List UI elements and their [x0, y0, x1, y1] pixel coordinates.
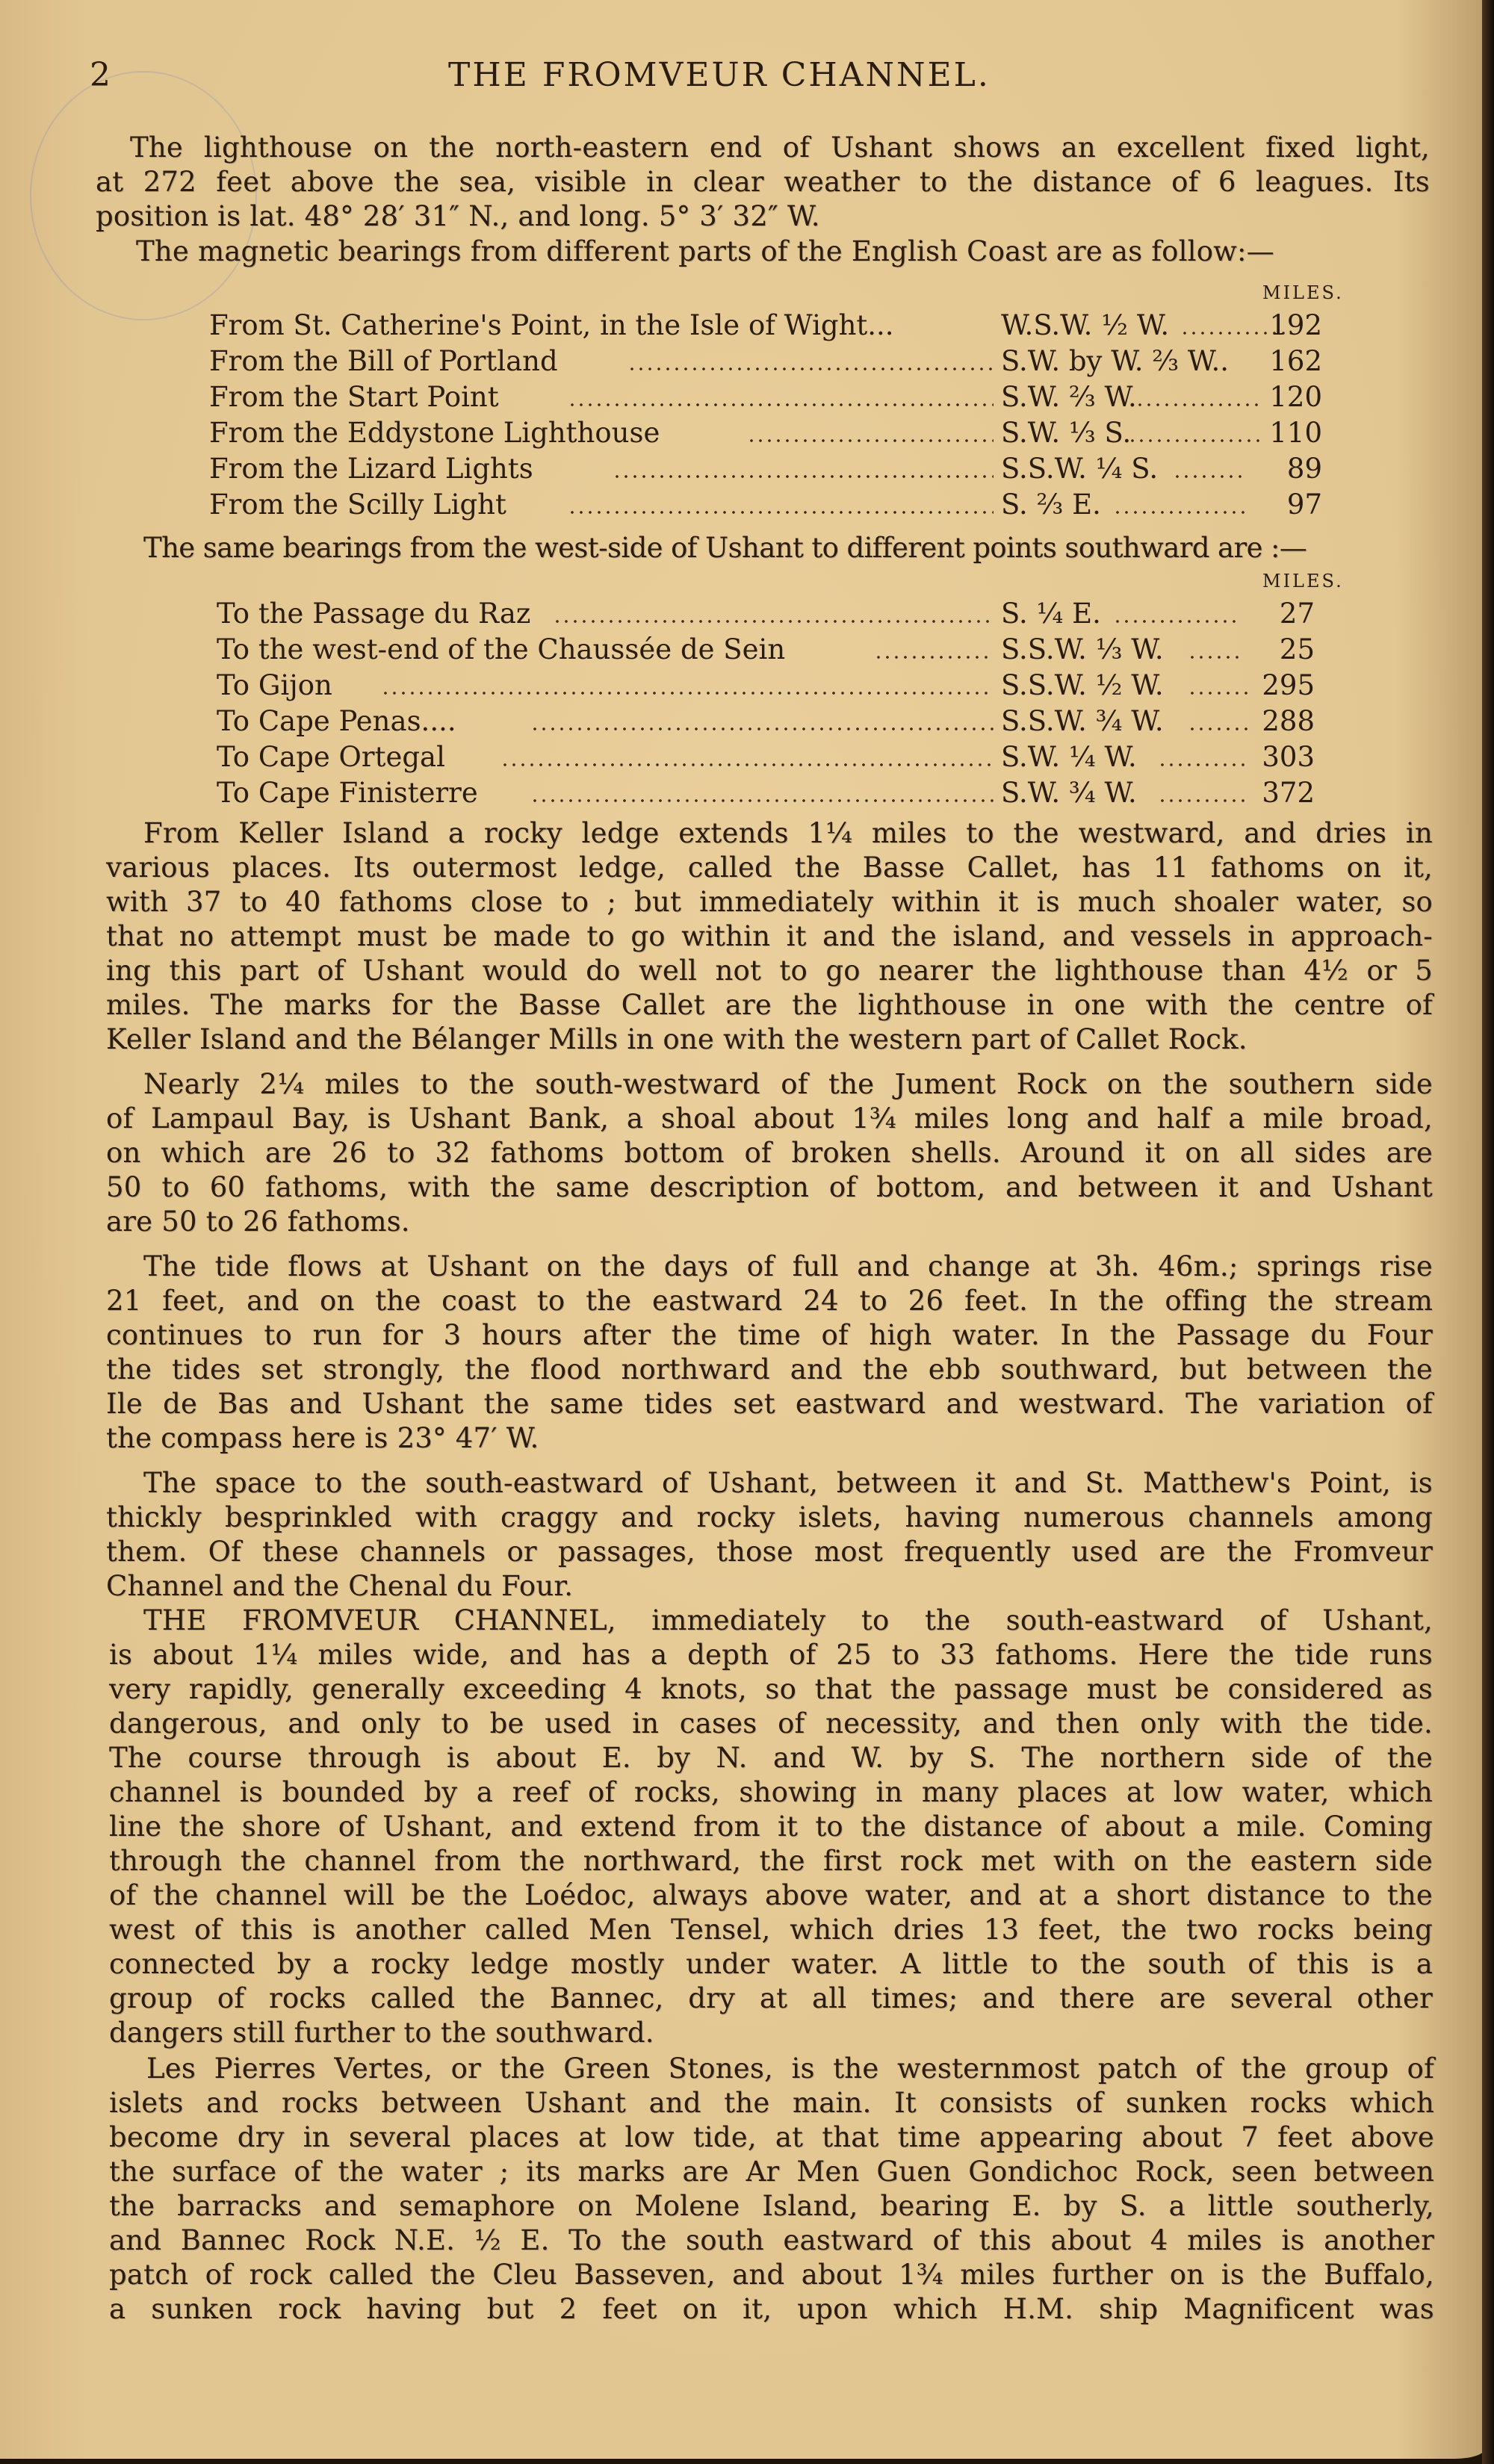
- paragraph-line: channel is bounded by a reef of rocks, s…: [109, 1776, 1433, 1809]
- bearing: S.W. ⅔ W.: [1001, 381, 1137, 414]
- table-row: To Cape Finisterre S.W. ¾ W. 372: [217, 777, 1337, 810]
- paragraph-line: The lighthouse on the north-eastern end …: [130, 131, 1430, 164]
- paragraph-line: From Keller Island a rocky ledge extends…: [143, 817, 1433, 850]
- paragraph-line: various places. Its outermost ledge, cal…: [106, 851, 1433, 884]
- units-label: MILES.: [1262, 282, 1344, 303]
- paragraph-line: the tides set strongly, the flood northw…: [106, 1353, 1433, 1386]
- paragraph-line: that no attempt must be made to go withi…: [106, 920, 1433, 953]
- bearing: S.W. ¼ W.: [1001, 741, 1137, 774]
- table-row: From St. Catherine's Point, in the Isle …: [209, 309, 1330, 342]
- distance-miles: 27: [1247, 598, 1315, 630]
- paragraph-line: the compass here is 23° 47′ W.: [106, 1422, 539, 1455]
- table-row: To Gijon S.S.W. ½ W. 295: [217, 669, 1337, 702]
- paragraph-line: of the channel will be the Loédoc, alway…: [109, 1879, 1433, 1912]
- paragraph-line: 21 feet, and on the coast to the eastwar…: [106, 1285, 1433, 1318]
- distance-miles: 303: [1247, 741, 1315, 774]
- paragraph-line: are 50 to 26 fathoms.: [106, 1205, 410, 1238]
- place-name: To Cape Ortegal: [217, 741, 445, 774]
- paragraph-line: 50 to 60 fathoms, with the same descript…: [106, 1171, 1433, 1204]
- bearing: S.S.W. ¾ W.: [1001, 705, 1164, 738]
- running-title: THE FROMVEUR CHANNEL.: [448, 56, 991, 94]
- book-page: 2 THE FROMVEUR CHANNEL. The lighthouse o…: [0, 0, 1485, 2459]
- paragraph-line: on which are 26 to 32 fathoms bottom of …: [106, 1137, 1433, 1170]
- place-name: To Gijon: [217, 669, 332, 702]
- page-edge-shadow: [1482, 0, 1494, 2464]
- bearing: S.W. ⅓ S.: [1001, 417, 1131, 450]
- section-heading-line: THE FROMVEUR CHANNEL, immediately to the…: [143, 1604, 1433, 1637]
- place-name: To Cape Penas....: [217, 705, 456, 738]
- leader-dots: [1188, 692, 1247, 695]
- place-name: From the Scilly Light: [209, 488, 506, 521]
- place-name: From the Lizard Lights: [209, 453, 533, 485]
- table-row: From the Bill of Portland S.W. by W. ⅔ W…: [209, 345, 1330, 378]
- distance-miles: 162: [1255, 345, 1322, 378]
- paragraph-line: through the channel from the northward, …: [109, 1845, 1433, 1878]
- place-name: To the west-end of the Chaussée de Sein: [217, 633, 785, 666]
- paragraph-line: thickly besprinkled with craggy and rock…: [106, 1501, 1433, 1534]
- table-row: To the west-end of the Chaussée de Sein …: [217, 633, 1337, 666]
- paragraph-line: west of this is another called Men Tense…: [109, 1914, 1433, 1946]
- distance-miles: 89: [1255, 453, 1322, 485]
- paragraph-line: Ile de Bas and Ushant the same tides set…: [106, 1388, 1433, 1421]
- place-name: To Cape Finisterre: [217, 777, 478, 810]
- leader-dots: [530, 799, 994, 802]
- leader-dots: [747, 439, 994, 442]
- paragraph-line: Les Pierres Vertes, or the Green Stones,…: [146, 2052, 1434, 2085]
- leader-dots: [553, 620, 994, 623]
- paragraph-line: ing this part of Ushant would do well no…: [106, 955, 1433, 987]
- place-name: From the Bill of Portland: [209, 345, 558, 378]
- paragraph-line: patch of rock called the Cleu Basseven, …: [109, 2259, 1434, 2291]
- distance-miles: 288: [1247, 705, 1315, 738]
- bearing: W.S.W. ½ W.: [1001, 309, 1169, 342]
- paragraph-line: the surface of the water ; its marks are…: [109, 2156, 1434, 2188]
- paragraph-line: very rapidly, generally exceeding 4 knot…: [109, 1673, 1433, 1706]
- paragraph-line: and Bannec Rock N.E. ½ E. To the south e…: [109, 2224, 1434, 2257]
- leader-dots: [568, 403, 994, 406]
- paragraph-line: connected by a rocky ledge mostly under …: [109, 1948, 1433, 1981]
- paragraph-line: them. Of these channels or passages, tho…: [106, 1536, 1433, 1568]
- distance-miles: 192: [1255, 309, 1322, 342]
- bearing: S. ⅔ E.: [1001, 488, 1101, 521]
- paragraph-line: continues to run for 3 hours after the t…: [106, 1319, 1433, 1352]
- leader-dots: [1113, 620, 1240, 623]
- leader-dots: [1188, 656, 1240, 659]
- paragraph-line: Nearly 2¼ miles to the south-westward of…: [143, 1068, 1433, 1101]
- paragraph-line: with 37 to 40 fathoms close to ; but imm…: [106, 886, 1433, 919]
- leader-dots: [1113, 511, 1247, 514]
- place-name: To the Passage du Raz: [217, 598, 530, 630]
- paragraph-line: become dry in several places at low tide…: [109, 2121, 1434, 2154]
- distance-miles: 372: [1247, 777, 1315, 810]
- table-intro: The same bearings from the west-side of …: [143, 532, 1307, 565]
- distance-miles: 110: [1255, 417, 1322, 450]
- paragraph-line: group of rocks called the Bannec, dry at…: [109, 1982, 1433, 2015]
- leader-dots: [500, 763, 994, 766]
- place-name: From the Start Point: [209, 381, 499, 414]
- distance-miles: 295: [1247, 669, 1315, 702]
- paragraph-line: Channel and the Chenal du Four.: [106, 1570, 573, 1603]
- page-number: 2: [90, 56, 111, 94]
- table-row: To Cape Penas.... S.S.W. ¾ W. 288: [217, 705, 1337, 738]
- bearing: S.W. by W. ⅔ W..: [1001, 345, 1229, 378]
- table-row: To Cape Ortegal S.W. ¼ W. 303: [217, 741, 1337, 774]
- leader-dots: [381, 692, 994, 695]
- table-row: From the Scilly Light S. ⅔ E. 97: [209, 488, 1330, 521]
- paragraph-line: line the shore of Ushant, and extend fro…: [109, 1810, 1433, 1843]
- place-name: From the Eddystone Lighthouse: [209, 417, 660, 450]
- paragraph-line: The course through is about E. by N. and…: [109, 1742, 1433, 1775]
- table-row: To the Passage du Raz S. ¼ E. 27: [217, 598, 1337, 630]
- leader-dots: [1173, 475, 1247, 478]
- leader-dots: [1188, 727, 1247, 730]
- paragraph-line: dangers still further to the southward.: [109, 2017, 654, 2049]
- paragraph-line: islets and rocks between Ushant and the …: [109, 2087, 1434, 2120]
- distance-miles: 120: [1255, 381, 1322, 414]
- paragraph-line: is about 1¼ miles wide, and has a depth …: [109, 1639, 1433, 1672]
- distance-miles: 25: [1247, 633, 1315, 666]
- bearing: S.S.W. ½ W.: [1001, 669, 1164, 702]
- leader-dots: [1158, 763, 1247, 766]
- leader-dots: [1128, 439, 1262, 442]
- paragraph-line: The tide flows at Ushant on the days of …: [143, 1250, 1433, 1283]
- bearing: S. ¼ E.: [1001, 598, 1101, 630]
- paragraph-line: the barracks and semaphore on Molene Isl…: [109, 2190, 1434, 2223]
- leader-dots: [1135, 403, 1262, 406]
- leader-dots: [627, 367, 994, 370]
- table-row: From the Lizard Lights S.S.W. ¼ S. 89: [209, 453, 1330, 485]
- paragraph-line: a sunken rock having but 2 feet on it, u…: [109, 2293, 1434, 2326]
- paragraph-line: at 272 feet above the sea, visible in cl…: [96, 166, 1430, 199]
- leader-dots: [568, 511, 994, 514]
- bearing: S.S.W. ¼ S.: [1001, 453, 1158, 485]
- paragraph-line: miles. The marks for the Basse Callet ar…: [106, 989, 1433, 1022]
- place-name: From St. Catherine's Point, in the Isle …: [209, 309, 894, 342]
- table-row: From the Eddystone Lighthouse S.W. ⅓ S. …: [209, 417, 1330, 450]
- bearing: S.W. ¾ W.: [1001, 777, 1137, 810]
- paragraph-line: dangerous, and only to be used in cases …: [109, 1707, 1433, 1740]
- paragraph-line: of Lampaul Bay, is Ushant Bank, a shoal …: [106, 1102, 1433, 1135]
- bearing: S.S.W. ⅓ W.: [1001, 633, 1164, 666]
- leader-dots: [1158, 799, 1247, 802]
- leader-dots: [530, 727, 994, 730]
- table-intro: The magnetic bearings from different par…: [136, 235, 1274, 268]
- paragraph-line: position is lat. 48° 28′ 31″ N., and lon…: [96, 200, 820, 233]
- leader-dots: [613, 475, 994, 478]
- distance-miles: 97: [1255, 488, 1322, 521]
- units-label: MILES.: [1262, 571, 1344, 592]
- leader-dots: [874, 656, 994, 659]
- paragraph-line: Keller Island and the Bélanger Mills in …: [106, 1023, 1247, 1056]
- table-row: From the Start Point S.W. ⅔ W. 120: [209, 381, 1330, 414]
- paragraph-line: The space to the south-eastward of Ushan…: [143, 1467, 1433, 1500]
